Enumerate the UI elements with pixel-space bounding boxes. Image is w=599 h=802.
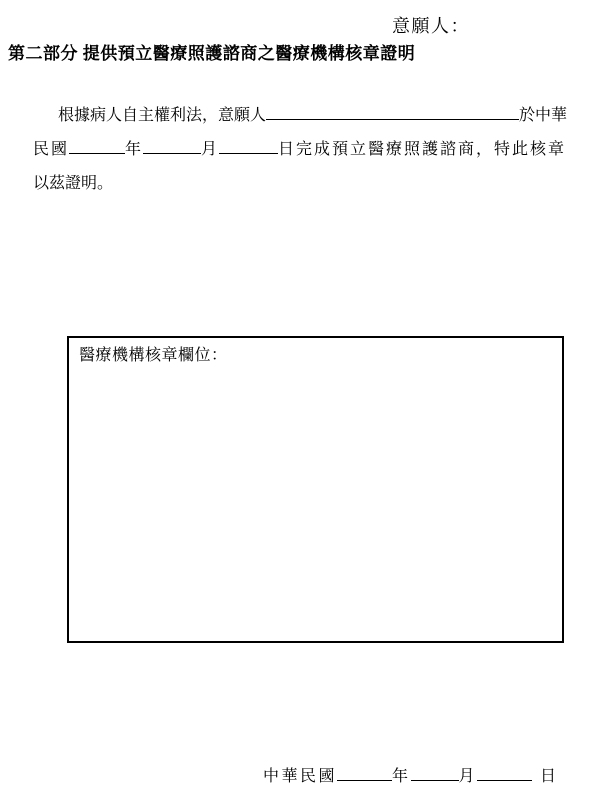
body-paragraph: 根據病人自主權利法，意願人 於中華 民國 年 月 日完成預立醫療照護諮商，特此核… [33,99,567,201]
paragraph-line-1: 根據病人自主權利法，意願人 於中華 [33,99,567,133]
section-title: 第二部分 提供預立醫療照護諮商之醫療機構核章證明 [8,39,415,64]
footer-month-blank[interactable] [411,780,459,781]
footer-era-text: 中華民國 [263,763,337,791]
year-blank[interactable] [69,153,125,154]
line1-lead-text: 根據病人自主權利法，意願人 [58,99,266,133]
line3-text: 以茲證明。 [33,167,113,201]
line2-month-label: 月 [201,133,219,167]
line2-tail-text: 日完成預立醫療照護諮商，特此核章 [278,133,566,167]
document-page: 意願人： 第二部分 提供預立醫療照護諮商之醫療機構核章證明 根據病人自主權利法，… [0,0,599,802]
applicant-name-blank[interactable] [266,119,519,120]
footer-month-label: 月 [459,763,478,791]
line1-tail-text: 於中華 [519,99,567,133]
footer-day-label: 日 [540,763,559,791]
day-blank[interactable] [219,153,278,154]
paragraph-line-3: 以茲證明。 [33,167,567,201]
month-blank[interactable] [143,153,201,154]
footer-day-blank[interactable] [477,780,532,781]
medical-institution-stamp-box[interactable]: 醫療機構核章欄位： [67,336,564,643]
footer-year-blank[interactable] [337,780,392,781]
line2-minguo-text: 民國 [33,133,69,167]
stamp-box-label: 醫療機構核章欄位： [79,347,228,365]
footer-date-line: 中華民國 年 月 日 [263,763,559,791]
paragraph-line-2: 民國 年 月 日完成預立醫療照護諮商，特此核章 [33,133,567,167]
line2-year-label: 年 [125,133,143,167]
footer-year-label: 年 [392,763,411,791]
applicant-label: 意願人： [392,12,470,38]
